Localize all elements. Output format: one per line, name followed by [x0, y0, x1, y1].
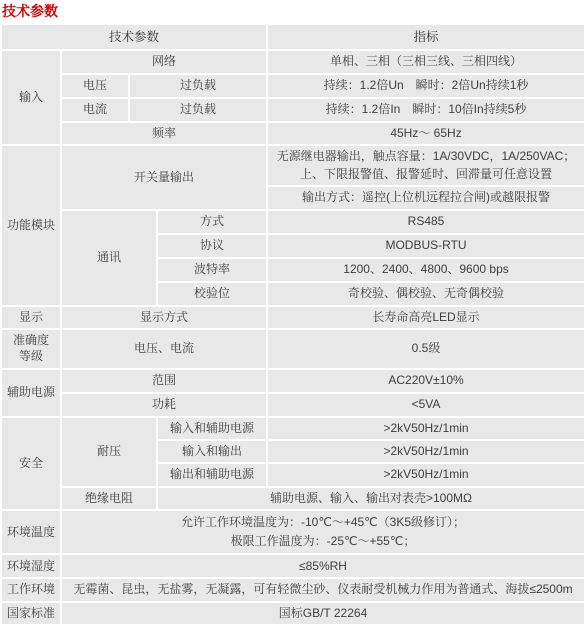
label-aux-range: 范围	[62, 370, 266, 392]
group-aux-power: 辅助电源	[2, 370, 60, 416]
label-withstand: 耐压	[62, 418, 156, 486]
label-insulation: 绝缘电阻	[62, 488, 156, 509]
value-comm-protocol: MODBUS-RTU	[268, 235, 584, 257]
value-comm-baud: 1200、2400、4800、9600 bps	[268, 259, 584, 281]
label-frequency: 频率	[62, 123, 266, 144]
label-display-mode: 显示方式	[62, 307, 266, 328]
row-insulation: 绝缘电阻 辅助电源、输入、输出对表壳>100MΩ	[2, 488, 584, 509]
row-ambient-humidity: 环境湿度 ≤85%RH	[2, 555, 584, 577]
group-accuracy-label: 准确度等级	[12, 332, 50, 364]
value-ambient-temp: 允许工作环境温度为：-10℃～+45℃（3K5级修订）； 极限工作温度为：-25…	[62, 511, 584, 553]
value-withstand-input-aux: >2kV50Hz/1min	[268, 418, 584, 439]
label-voltage: 电压	[62, 75, 128, 97]
page-title: 技术参数	[2, 3, 586, 19]
value-working-env: 无霉菌、昆虫，无盐雾，无凝露，可有轻微尘砂、仪表耐受机械力作用为普通式、海拔≤2…	[62, 579, 584, 600]
value-display-mode: 长寿命高亮LED显示	[268, 307, 584, 328]
group-accuracy: 准确度等级	[2, 330, 60, 368]
label-accuracy: 电压、电流	[62, 330, 266, 368]
label-withstand-input-output: 输入和输出	[158, 441, 266, 462]
value-ambient-temp-line2: 极限工作温度为：-25℃～+55℃；	[65, 532, 581, 551]
header-parameters: 技术参数	[2, 25, 266, 49]
value-ambient-humidity: ≤85%RH	[62, 555, 584, 577]
label-comm-baud: 波特率	[158, 259, 266, 281]
value-comm-mode: RS485	[268, 211, 584, 233]
value-current-overload: 持续：1.2倍In 瞬时：10倍In持续5秒	[268, 99, 584, 121]
value-insulation: 辅助电源、输入、输出对表壳>100MΩ	[158, 488, 584, 509]
row-ambient-temp: 环境温度 允许工作环境温度为：-10℃～+45℃（3K5级修订）； 极限工作温度…	[2, 511, 584, 553]
row-comm-mode: 通讯 方式 RS485	[2, 211, 584, 233]
value-aux-range: AC220V±10%	[268, 370, 584, 392]
value-accuracy: 0.5级	[268, 330, 584, 368]
value-switch-output-mode: 输出方式：遥控(上位机远程拉合闸)或越限报警	[268, 187, 584, 208]
header-indicator: 指标	[268, 25, 584, 49]
label-current-overload: 过负载	[130, 99, 266, 121]
spec-table: 技术参数 指标 输入 网络 单相、三相（三相三线、三相四线） 电压 过负载 持续…	[0, 23, 586, 626]
group-display: 显示	[2, 307, 60, 328]
row-aux-consumption: 功耗 <5VA	[2, 394, 584, 416]
label-switch-output: 开关量输出	[62, 146, 266, 208]
row-voltage-overload: 电压 过负载 持续：1.2倍Un 瞬时：2倍Un持续1秒	[2, 75, 584, 97]
row-frequency: 频率 45Hz～ 65Hz	[2, 123, 584, 144]
row-working-env: 工作环境 无霉菌、昆虫，无盐雾，无凝露，可有轻微尘砂、仪表耐受机械力作用为普通式…	[2, 579, 584, 600]
value-withstand-output-aux: >2kV50Hz/1min	[268, 464, 584, 485]
label-withstand-input-aux: 输入和辅助电源	[158, 418, 266, 439]
row-network: 输入 网络 单相、三相（三相三线、三相四线）	[2, 51, 584, 73]
label-current: 电流	[62, 99, 128, 121]
label-aux-consumption: 功耗	[62, 394, 266, 416]
page: 技术参数 技术参数 指标 输入 网络 单相、三相（三相三线、三相四线） 电压 过…	[0, 3, 586, 626]
group-safety: 安全	[2, 418, 60, 510]
label-comm: 通讯	[62, 211, 156, 305]
row-display: 显示 显示方式 长寿命高亮LED显示	[2, 307, 584, 328]
label-comm-protocol: 协议	[158, 235, 266, 257]
row-withstand-1: 安全 耐压 输入和辅助电源 >2kV50Hz/1min	[2, 418, 584, 439]
header-row: 技术参数 指标	[2, 25, 584, 49]
row-current-overload: 电流 过负载 持续：1.2倍In 瞬时：10倍In持续5秒	[2, 99, 584, 121]
value-comm-parity: 奇校验、偶校验、无奇偶校验	[268, 283, 584, 305]
group-ambient-humidity: 环境湿度	[2, 555, 60, 577]
group-working-env: 工作环境	[2, 579, 60, 600]
value-national-standard: 国标GB/T 22264	[62, 603, 584, 624]
group-input: 输入	[2, 51, 60, 144]
label-comm-parity: 校验位	[158, 283, 266, 305]
label-network: 网络	[62, 51, 266, 73]
row-national-standard: 国家标准 国标GB/T 22264	[2, 603, 584, 624]
group-ambient-temp: 环境温度	[2, 511, 60, 553]
value-frequency: 45Hz～ 65Hz	[268, 123, 584, 144]
label-voltage-overload: 过负载	[130, 75, 266, 97]
label-withstand-output-aux: 输出和辅助电源	[158, 464, 266, 485]
row-switch-output-1: 功能模块 开关量输出 无源继电器输出，触点容量：1A/30VDC，1A/250V…	[2, 146, 584, 185]
label-comm-mode: 方式	[158, 211, 266, 233]
value-switch-output-relay: 无源继电器输出，触点容量：1A/30VDC，1A/250VAC；上、下限报警值、…	[268, 146, 584, 185]
row-aux-range: 辅助电源 范围 AC220V±10%	[2, 370, 584, 392]
group-function-module: 功能模块	[2, 146, 60, 304]
value-aux-consumption: <5VA	[268, 394, 584, 416]
value-voltage-overload: 持续：1.2倍Un 瞬时：2倍Un持续1秒	[268, 75, 584, 97]
row-accuracy: 准确度等级 电压、电流 0.5级	[2, 330, 584, 368]
value-network: 单相、三相（三相三线、三相四线）	[268, 51, 584, 73]
value-withstand-input-output: >2kV50Hz/1min	[268, 441, 584, 462]
group-national-standard: 国家标准	[2, 603, 60, 624]
value-ambient-temp-line1: 允许工作环境温度为：-10℃～+45℃（3K5级修订）；	[65, 513, 581, 532]
